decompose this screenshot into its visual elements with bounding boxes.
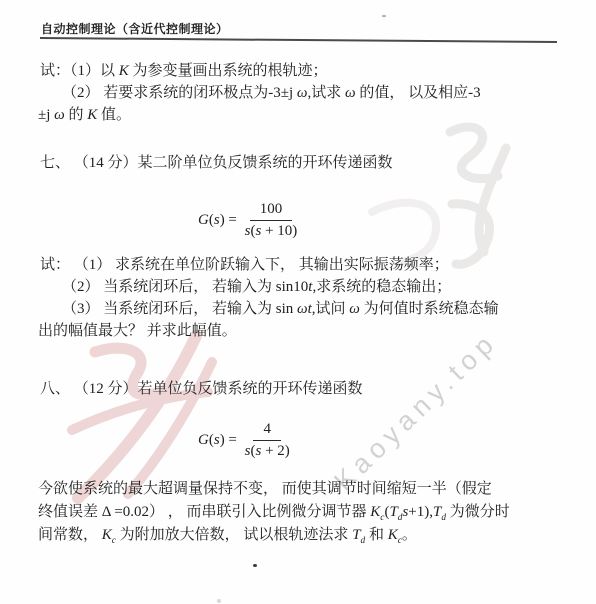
q6-line-3: ±j ω 的 K 值。 [38, 104, 131, 126]
q8-formula-numerator: 4 [253, 420, 281, 441]
q6-line-1: 试：（1）以 K 为参变量画出系统的根轨迹； [40, 60, 328, 82]
q7-formula: G(s) = 100 s(s + 10) [198, 200, 297, 241]
q8-formula-denominator: s(s + 2) [245, 441, 290, 461]
q8-formula: G(s) = 4 s(s + 2) [198, 420, 290, 461]
q7-line-2: （2） 当系统闭环后， 若输入为 sin10t,求系统的稳态输出； [62, 276, 451, 298]
q8-line-2: 终值误差 Δ =0.02） ， 而串联引入比例微分调节器 Kc(Tds+1),T… [38, 501, 510, 523]
q7-formula-denominator: s(s + 10) [245, 221, 298, 241]
q8-formula-fraction: 4 s(s + 2) [245, 420, 290, 461]
q8-formula-lhs: G(s) = [198, 432, 241, 449]
q8-line-1: 今欲使系统的最大超调量保持不变， 而使其调节时间缩短一半（假定 [38, 478, 492, 500]
scan-speck [190, 62, 192, 64]
page-header-title: 自动控制理论（含近代控制理论） [41, 20, 229, 37]
q6-line-2: （2） 若要求系统的闭环极点为-3±j ω,试求 ω 的值， 以及相应-3 [62, 82, 481, 104]
scan-speck [382, 15, 386, 17]
q7-heading: 七、 （14 分）某二阶单位负反馈系统的开环传递函数 [40, 152, 393, 174]
q7-formula-fraction: 100 s(s + 10) [245, 200, 298, 241]
scan-speck [253, 564, 257, 567]
q7-line-3: （3） 当系统闭环后， 若输入为 sin ωt,试问 ω 为何值时系统稳态输 [62, 298, 499, 320]
q7-line-4: 出的幅值最大？ 并求此幅值。 [38, 320, 237, 342]
printed-content: 自动控制理论（含近代控制理论） 试：（1）以 K 为参变量画出系统的根轨迹； （… [0, 0, 596, 604]
q7-formula-lhs: G(s) = [198, 212, 241, 229]
header-rule [40, 37, 557, 43]
q7-line-1: 试： （1） 求系统在单位阶跃输入下， 其输出实际振荡频率； [40, 254, 449, 276]
q7-formula-numerator: 100 [250, 200, 293, 221]
q8-heading: 八、 （12 分）若单位负反馈系统的开环传递函数 [40, 378, 363, 400]
q8-line-3: 间常数， Kc 为附加放大倍数， 试以根轨迹法求 Td 和 Kc。 [38, 524, 417, 546]
scanned-exam-page: Kaoyany.top 自动控制理论（含近代控制理论） 试：（1）以 K 为参变… [0, 0, 596, 604]
scan-speck [217, 599, 221, 603]
